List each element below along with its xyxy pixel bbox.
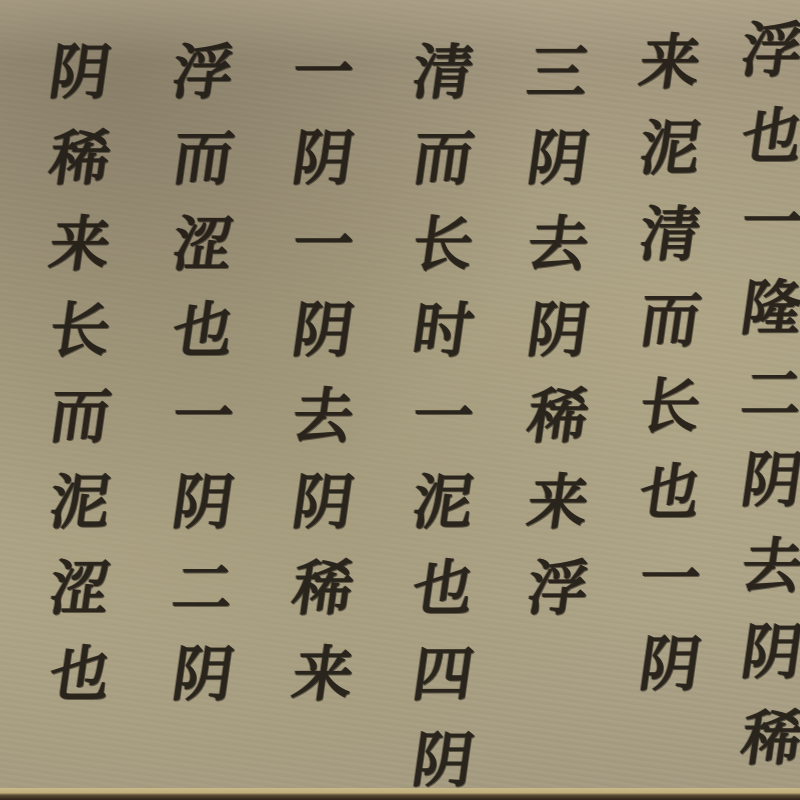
scroll-mounting-edge	[0, 788, 800, 800]
glyph: 而	[407, 116, 479, 202]
glyph: 来	[634, 20, 706, 106]
glyph: 也	[736, 94, 800, 180]
calligraphy-column-4: 清 而 长 时 一 泥 也 四 阴	[413, 30, 473, 800]
glyph: 去	[287, 374, 359, 460]
glyph: 浮	[522, 546, 594, 632]
glyph: 一	[634, 536, 706, 622]
glyph: 清	[407, 30, 479, 116]
glyph: 阴	[634, 622, 706, 708]
glyph: 而	[44, 374, 116, 460]
glyph: 一	[167, 374, 239, 460]
glyph: 阴	[736, 438, 800, 524]
glyph: 也	[167, 288, 239, 374]
glyph: 泥	[634, 106, 706, 192]
glyph: 也	[44, 632, 116, 718]
glyph: 来	[44, 202, 116, 288]
calligraphy-column-6: 浮 而 涩 也 一 阴 二 阴	[173, 30, 233, 718]
glyph: 阴	[44, 30, 116, 116]
glyph: 稀	[736, 696, 800, 782]
glyph: 二	[736, 352, 800, 438]
glyph: 涩	[167, 202, 239, 288]
glyph: 稀	[287, 546, 359, 632]
glyph: 浮	[167, 30, 239, 116]
glyph: 阴	[287, 288, 359, 374]
glyph: 去	[522, 202, 594, 288]
glyph: 而	[634, 278, 706, 364]
glyph: 四	[407, 632, 479, 718]
glyph: 阴	[736, 610, 800, 696]
glyph: 阴	[522, 116, 594, 202]
glyph: 二	[167, 546, 239, 632]
glyph: 时	[407, 288, 479, 374]
glyph: 也	[634, 450, 706, 536]
glyph: 去	[736, 524, 800, 610]
glyph: 长	[634, 364, 706, 450]
glyph: 一	[287, 30, 359, 116]
glyph: 一	[407, 374, 479, 460]
calligraphy-column-5: 一 阴 一 阴 去 阴 稀 来	[293, 30, 353, 718]
glyph: 来	[287, 632, 359, 718]
glyph: 来	[522, 460, 594, 546]
calligraphy-column-3: 三 阴 去 阴 稀 来 浮	[528, 30, 588, 632]
glyph: 泥	[407, 460, 479, 546]
glyph: 阴	[522, 288, 594, 374]
glyph: 涩	[44, 546, 116, 632]
glyph: 浮	[736, 8, 800, 94]
glyph: 一	[287, 202, 359, 288]
glyph: 长	[44, 288, 116, 374]
glyph: 三	[522, 30, 594, 116]
glyph: 清	[634, 192, 706, 278]
glyph: 阴	[167, 632, 239, 718]
glyph: 一	[736, 180, 800, 266]
calligraphy-column-2: 来 泥 清 而 长 也 一 阴	[640, 20, 700, 708]
glyph: 阴	[287, 116, 359, 202]
glyph: 稀	[522, 374, 594, 460]
glyph: 长	[407, 202, 479, 288]
glyph: 阴	[167, 460, 239, 546]
glyph: 泥	[44, 460, 116, 546]
calligraphy-column-7: 阴 稀 来 长 而 泥 涩 也	[50, 30, 110, 718]
glyph: 阴	[287, 460, 359, 546]
glyph: 隆	[736, 266, 800, 352]
glyph: 而	[167, 116, 239, 202]
calligraphy-column-1: 浮 也 一 隆 二 阴 去 阴 稀	[742, 8, 800, 782]
glyph: 也	[407, 546, 479, 632]
glyph: 稀	[44, 116, 116, 202]
